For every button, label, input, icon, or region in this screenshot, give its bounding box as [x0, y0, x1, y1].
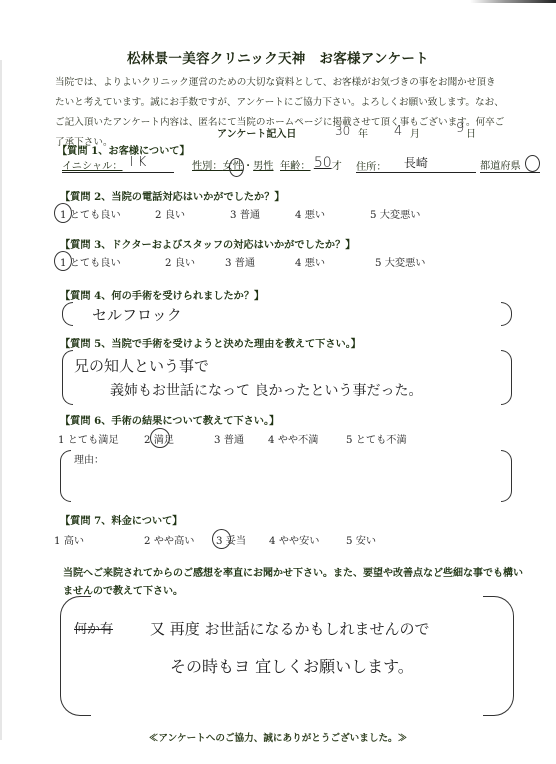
gender-field[interactable]: 性別：女性・男性 — [192, 157, 270, 172]
q6-option-5[interactable]: 5 とても不満 — [346, 431, 407, 446]
q5-answer-box[interactable]: 兄の知人という事で 義姉もお世話になって 良かったという事だった。 — [62, 350, 512, 405]
box-corner-br — [483, 685, 514, 716]
gender-option-female[interactable]: 女性 — [223, 161, 243, 172]
scan-edge-top — [470, 0, 556, 3]
q3-options: 1 とても良い 2 良い 3 普通 4 悪い 5 大変悪い — [60, 254, 520, 270]
bracket-left — [60, 450, 71, 502]
selection-circle — [54, 203, 72, 223]
q4-answer: セルフロック — [92, 304, 182, 325]
age-value: 50 — [314, 155, 332, 171]
entry-date-month-unit: 月 — [410, 125, 420, 140]
q2-option-2[interactable]: 2 良い — [155, 206, 185, 221]
q2-options: 1 とても良い 2 良い 3 普通 4 悪い 5 大変悪い — [60, 206, 520, 222]
gender-separator: ・ — [243, 161, 253, 172]
box-corner-bl — [60, 685, 91, 716]
q7-option-4[interactable]: 4 やや安い — [269, 532, 319, 547]
address-field[interactable]: 住所： 長崎 — [356, 157, 476, 173]
entry-date-year[interactable]: 30 — [335, 124, 350, 138]
q2-option-3[interactable]: 3 普通 — [230, 206, 260, 221]
age-label: 年齢： — [280, 161, 311, 172]
q7-options: 1 高い 2 やや高い 3 妥当 4 やや安い 5 安い — [54, 532, 514, 548]
q2-option-5[interactable]: 5 大変悪い — [370, 206, 420, 221]
q6-heading: 【質問 6、手術の結果について教えて下さい。】 — [60, 412, 279, 427]
selection-circle — [54, 251, 72, 271]
survey-footer: ≪アンケートへのご協力、誠にありがとうございました。≫ — [0, 730, 556, 744]
entry-date-day[interactable]: 9 — [456, 121, 464, 136]
initials-field[interactable]: イニシャル： I K — [62, 157, 174, 173]
box-side-right — [513, 626, 514, 686]
selection-circle — [229, 158, 244, 177]
address-label: 住所： — [356, 162, 387, 173]
q6-reason-box[interactable]: 理由： — [60, 450, 512, 502]
q5-heading: 【質問 5、当院で手術を受けようと決めた理由を教えて下さい。】 — [60, 335, 361, 350]
q6-option-3[interactable]: 3 普通 — [214, 431, 244, 446]
q3-option-2[interactable]: 2 良い — [165, 254, 195, 269]
comments-line-1: 又 再度 お世話になるかもしれませんので — [150, 618, 430, 639]
age-unit: 才 — [332, 161, 342, 172]
box-side-left — [60, 626, 61, 686]
comments-struck-text: 何か有 — [74, 618, 113, 637]
bracket-right — [501, 302, 512, 326]
q3-heading: 【質問 3、ドクターおよびスタッフの対応はいかがでしたか？】 — [60, 236, 355, 251]
q1-heading: 【質問 1、お客様について】 — [57, 142, 190, 157]
address-value: 長崎 — [404, 156, 428, 170]
comments-box[interactable]: 何か有 又 再度 お世話になるかもしれませんので その時もヨ 宜しくお願いします… — [60, 596, 514, 716]
q6-options: 1 とても満足 2 満足 3 普通 4 やや不満 5 とても不満 — [58, 431, 518, 447]
q7-heading: 【質問 7、料金について】 — [60, 512, 183, 527]
selection-circle — [212, 529, 231, 549]
q4-heading: 【質問 4、何の手術を受けられましたか？】 — [60, 287, 264, 302]
q7-option-2[interactable]: 2 やや高い — [144, 532, 194, 547]
entry-date-label: アンケート記入日 — [217, 125, 296, 140]
age-field[interactable]: 年齢： 50才 — [280, 157, 352, 172]
box-corner-tr — [483, 596, 514, 627]
gender-label: 性別： — [192, 161, 223, 172]
q5-answer-line-2: 義姉もお世話になって 良かったという事だった。 — [110, 380, 422, 400]
entry-date-day-unit: 日 — [466, 125, 476, 140]
q6-option-4[interactable]: 4 やや不満 — [268, 431, 318, 446]
comments-line-2: その時もヨ 宜しくお願いします。 — [170, 654, 414, 677]
bracket-right — [501, 450, 512, 502]
q6-reason-label: 理由： — [74, 451, 104, 466]
initials-value: I K — [130, 155, 147, 170]
scan-edge-left — [0, 60, 2, 740]
selection-circle — [525, 155, 540, 172]
q2-option-4[interactable]: 4 悪い — [295, 206, 325, 221]
bracket-right — [501, 350, 512, 405]
q4-answer-box[interactable]: セルフロック — [62, 302, 512, 326]
entry-date-year-unit: 年 — [358, 125, 368, 140]
q1-customer-info: イニシャル： I K 性別：女性・男性 年齢： 50才 住所： 長崎 都道府県 — [62, 157, 532, 175]
selection-circle — [150, 428, 170, 448]
gender-option-male[interactable]: 男性 — [253, 161, 273, 172]
prefecture-suffix: 都道府県 — [480, 157, 540, 173]
q3-option-3[interactable]: 3 普通 — [225, 254, 255, 269]
entry-date-row: アンケート記入日 30 年 4 月 9 日 — [0, 124, 556, 142]
survey-title: 松林景一美容クリニック天神 お客様アンケート — [0, 47, 556, 67]
q6-option-1[interactable]: 1 とても満足 — [58, 431, 119, 446]
q7-option-5[interactable]: 5 安い — [346, 532, 376, 547]
initials-label: イニシャル： — [62, 161, 123, 172]
bracket-left — [62, 350, 73, 405]
q3-option-5[interactable]: 5 大変悪い — [375, 254, 425, 269]
q5-answer-line-1: 兄の知人という事で — [74, 355, 209, 376]
bracket-left — [62, 302, 73, 326]
q3-option-4[interactable]: 4 悪い — [295, 254, 325, 269]
q7-option-1[interactable]: 1 高い — [54, 532, 84, 547]
entry-date-month[interactable]: 4 — [394, 124, 402, 139]
q2-heading: 【質問 2、当院の電話対応はいかがでしたか？】 — [60, 188, 285, 203]
